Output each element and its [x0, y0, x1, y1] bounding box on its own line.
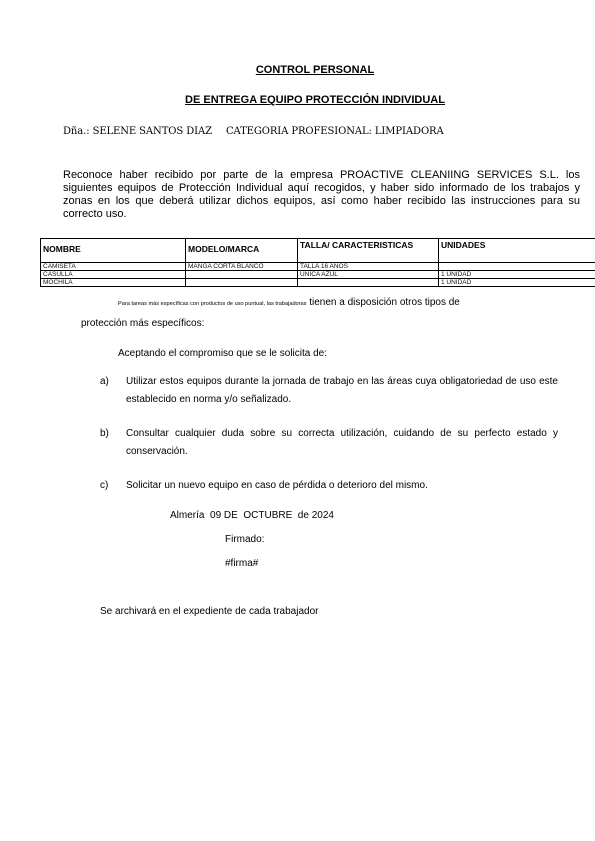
- header-talla: TALLA/ CARACTERISTICAS: [298, 239, 439, 263]
- commitment-text: Solicitar un nuevo equipo en caso de pér…: [126, 477, 558, 495]
- signature-placeholder: #firma#: [225, 558, 258, 569]
- worker-category-label: CATEGORIA PROFESIONAL:: [226, 126, 372, 137]
- table-row: MOCHILA 1 UNIDAD: [41, 279, 595, 287]
- worker-category: LIMPIADORA: [375, 126, 444, 137]
- header-nombre: NOMBRE: [41, 239, 186, 263]
- cell-modelo: [186, 271, 298, 279]
- commitment-text: Utilizar estos equipos durante la jornad…: [126, 373, 558, 409]
- commitment-item-c: c) Solicitar un nuevo equipo en caso de …: [100, 477, 560, 497]
- ppe-table: NOMBRE MODELO/MARCA TALLA/ CARACTERISTIC…: [40, 238, 595, 287]
- header-unidades: UNIDADES: [439, 239, 595, 263]
- cell-unidades: [439, 263, 595, 271]
- commitment-marker: c): [100, 477, 108, 495]
- specific-tasks-note: Para tareas más específicas con producto…: [118, 297, 460, 308]
- document-title: CONTROL PERSONAL: [0, 64, 595, 76]
- cell-talla: TALLA 16 AÑOS: [298, 263, 439, 271]
- date-place-line: Almería 09 DE OCTUBRE de 2024: [170, 510, 334, 521]
- commitment-item-b: b) Consultar cualquier duda sobre su cor…: [100, 425, 560, 465]
- cell-nombre: MOCHILA: [41, 279, 186, 287]
- commitment-marker: a): [100, 373, 109, 391]
- note-large-text: tienen a disposición otros tipos de: [306, 297, 459, 308]
- note-small-text: Para tareas más específicas con producto…: [118, 301, 306, 307]
- intro-paragraph: Reconoce haber recibido por parte de la …: [63, 169, 580, 221]
- table-row: CASULLA UNICA AZUL 1 UNIDAD: [41, 271, 595, 279]
- document-subtitle: DE ENTREGA EQUIPO PROTECCIÓN INDIVIDUAL: [0, 94, 595, 106]
- commitment-item-a: a) Utilizar estos equipos durante la jor…: [100, 373, 560, 413]
- cell-unidades: 1 UNIDAD: [439, 271, 595, 279]
- header-talla-text: TALLA/ CARACTERISTICAS: [300, 240, 413, 250]
- worker-info: Dña.: SELENE SANTOS DIAZCATEGORIA PROFES…: [63, 126, 444, 137]
- table-header-row: NOMBRE MODELO/MARCA TALLA/ CARACTERISTIC…: [41, 239, 595, 263]
- cell-unidades: 1 UNIDAD: [439, 279, 595, 287]
- cell-modelo: [186, 279, 298, 287]
- commitment-marker: b): [100, 425, 109, 443]
- cell-talla: [298, 279, 439, 287]
- cell-nombre: CASULLA: [41, 271, 186, 279]
- acceptance-text: Aceptando el compromiso que se le solici…: [118, 348, 327, 359]
- cell-talla: UNICA AZUL: [298, 271, 439, 279]
- archive-note: Se archivará en el expediente de cada tr…: [100, 606, 318, 617]
- table-row: CAMISETA MANGA CORTA BLANCO TALLA 16 AÑO…: [41, 263, 595, 271]
- signed-label: Firmado:: [225, 534, 264, 545]
- worker-name: SELENE SANTOS DIAZ: [93, 126, 212, 137]
- cell-nombre: CAMISETA: [41, 263, 186, 271]
- worker-name-label: Dña.:: [63, 126, 89, 137]
- header-modelo-marca: MODELO/MARCA: [186, 239, 298, 263]
- commitment-text: Consultar cualquier duda sobre su correc…: [126, 425, 558, 461]
- note-continuation: protección más específicos:: [81, 318, 204, 329]
- cell-modelo: MANGA CORTA BLANCO: [186, 263, 298, 271]
